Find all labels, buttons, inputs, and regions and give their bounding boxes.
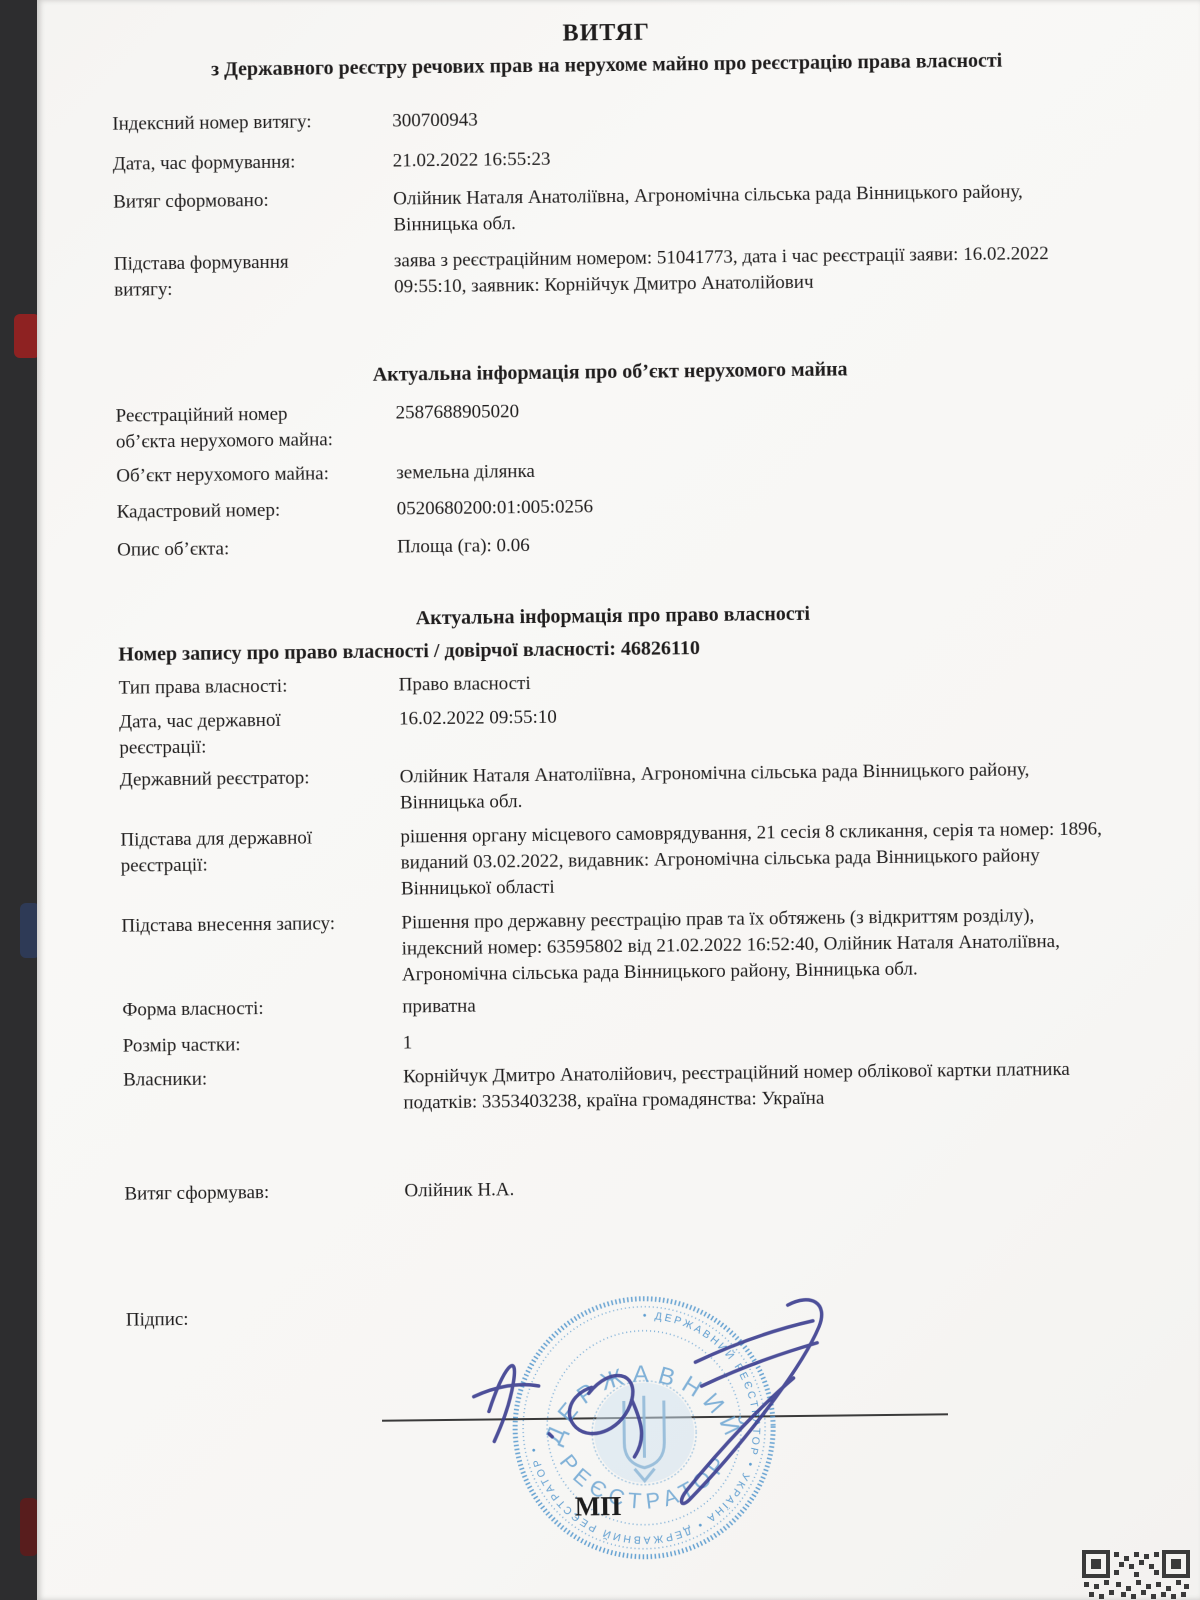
field-label: Власники: bbox=[123, 1064, 404, 1119]
field-label: Підстава внесення запису: bbox=[121, 910, 402, 991]
field-row: Тип права власності: Право власності bbox=[119, 664, 1109, 701]
field-value: Олійник Наталя Анатоліївна, Агрономічна … bbox=[400, 756, 1111, 816]
ownership-record-line: Номер запису про право власності / довір… bbox=[118, 630, 1108, 667]
field-value: 1 bbox=[403, 1022, 1113, 1056]
field-row: Витяг сформовано: Олійник Наталя Анатолі… bbox=[113, 178, 1104, 241]
field-value: Корнійчук Дмитро Анатолійович, реєстраці… bbox=[403, 1056, 1114, 1116]
field-row: Дата, час формування: 21.02.2022 16:55:2… bbox=[113, 140, 1103, 177]
signature-ink bbox=[433, 1292, 855, 1517]
field-value: Рішення про державну реєстрацію прав та … bbox=[401, 902, 1112, 988]
field-row: Опис об’єкта: Площа (га): 0.06 bbox=[117, 526, 1107, 563]
strip-darkred-mark bbox=[20, 1498, 38, 1556]
document-content: ВИТЯГ з Державного реєстру речових прав … bbox=[28, 0, 1200, 1600]
field-value: земельна ділянка bbox=[396, 452, 1106, 486]
field-label: Витяг сформовано: bbox=[113, 187, 394, 242]
field-label: Кадастровий номер: bbox=[117, 496, 397, 525]
field-row: Об’єкт нерухомого майна: земельна ділянк… bbox=[116, 452, 1106, 489]
field-row: Власники: Корнійчук Дмитро Анатолійович,… bbox=[123, 1056, 1114, 1119]
field-row: Розмір частки: 1 bbox=[123, 1022, 1113, 1059]
field-value: Площа (га): 0.06 bbox=[397, 526, 1107, 560]
field-label: Об’єкт нерухомого майна: bbox=[116, 461, 396, 490]
field-label: Державний реєстратор: bbox=[120, 764, 401, 819]
field-value: 21.02.2022 16:55:23 bbox=[393, 140, 1103, 174]
field-value: Олійник Наталя Анатоліївна, Агрономічна … bbox=[393, 178, 1104, 238]
field-row: Підстава формування витягу: заява з реєс… bbox=[114, 240, 1105, 303]
field-row: Кадастровий номер: 0520680200:01:005:025… bbox=[117, 488, 1107, 525]
section-heading-object: Актуальна інформація про об’єкт нерухомо… bbox=[115, 352, 1105, 391]
field-row: Форма власності: приватна bbox=[122, 986, 1112, 1023]
signature-label: Підпис: bbox=[126, 1304, 406, 1333]
field-value: приватна bbox=[402, 986, 1112, 1020]
field-label: Опис об’єкта: bbox=[117, 534, 397, 563]
field-row: Витяг сформував: Олійник Н.А. bbox=[124, 1170, 1114, 1207]
field-row: Державний реєстратор: Олійник Наталя Ана… bbox=[120, 756, 1111, 819]
field-row: Підстава внесення запису: Рішення про де… bbox=[121, 902, 1112, 991]
field-value: Право власності bbox=[399, 664, 1109, 698]
field-row: Реєстраційний номер об’єкта нерухомого м… bbox=[115, 392, 1106, 455]
field-row: Дата, час державної реєстрації: 16.02.20… bbox=[119, 698, 1110, 761]
field-row: Індексний номер витягу: 300700943 bbox=[112, 100, 1102, 137]
section-heading-ownership: Актуальна інформація про право власності bbox=[118, 596, 1108, 635]
field-value: рішення органу місцевого самоврядування,… bbox=[400, 816, 1111, 902]
field-label: Дата, час формування: bbox=[113, 149, 393, 178]
formed-by-label: Витяг сформував: bbox=[124, 1178, 404, 1207]
field-label: Розмір частки: bbox=[123, 1030, 403, 1059]
field-label: Форма власності: bbox=[122, 994, 402, 1023]
qr-code bbox=[1082, 1550, 1190, 1600]
field-value: 0520680200:01:005:0256 bbox=[397, 488, 1107, 522]
field-value: 16.02.2022 09:55:10 bbox=[399, 698, 1110, 758]
field-label: Підстава для державної реєстрації: bbox=[120, 824, 401, 905]
field-label: Тип права власності: bbox=[119, 672, 399, 701]
formed-by-value: Олійник Н.А. bbox=[404, 1170, 1114, 1204]
field-label: Підстава формування витягу: bbox=[114, 249, 395, 304]
field-label: Реєстраційний номер об’єкта нерухомого м… bbox=[115, 401, 396, 456]
field-value: 300700943 bbox=[392, 100, 1102, 134]
field-value: 2587688905020 bbox=[395, 392, 1106, 452]
field-label: Дата, час державної реєстрації: bbox=[119, 706, 400, 761]
field-row: Підстава для державної реєстрації: рішен… bbox=[120, 816, 1111, 905]
document-subtitle: з Державного реєстру речових прав на нер… bbox=[112, 46, 1102, 83]
scanned-document-page: ВИТЯГ з Державного реєстру речових прав … bbox=[37, 0, 1200, 1600]
field-label: Індексний номер витягу: bbox=[112, 109, 392, 138]
field-value: заява з реєстраційним номером: 51041773,… bbox=[394, 240, 1105, 300]
